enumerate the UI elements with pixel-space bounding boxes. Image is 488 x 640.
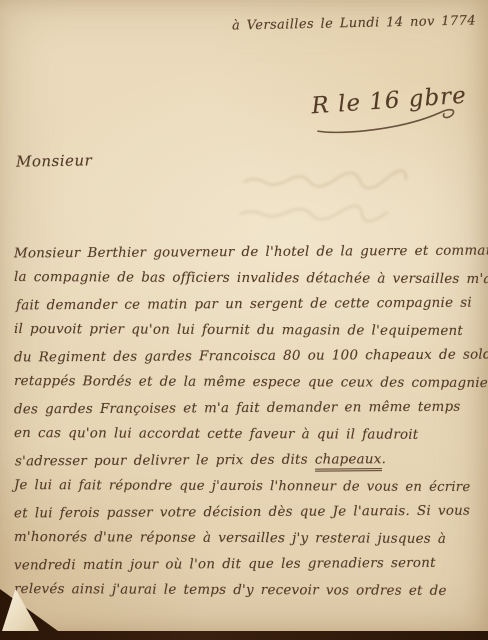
letter-photo: à Versailles le Lundi 14 nov 1774 R le 1…	[0, 0, 488, 640]
body-line-underlined-word: s'adresser pour delivrer le prix des dit…	[15, 447, 480, 476]
ink-bleedthrough	[238, 168, 468, 242]
body-line: relevés ainsi j'aurai le temps d'y recev…	[14, 577, 480, 605]
dateline: à Versailles le Lundi 14 nov 1774	[232, 13, 476, 33]
underlined-word: chapeaux	[315, 452, 382, 471]
body-line: du Regiment des gardes Francoisca 80 ou …	[14, 343, 480, 372]
body-line: et lui ferois passer votre décision dès …	[14, 499, 480, 528]
body-line: Je lui ai fait répondre que j'aurois l'h…	[14, 473, 480, 501]
body-line: retappés Bordés et de la même espece que…	[14, 369, 480, 397]
salutation: Monsieur	[16, 151, 93, 170]
price-line-suffix: .	[382, 452, 387, 467]
docket-note: R le 16 gbre	[311, 83, 469, 138]
body-line: il pouvoit prier qu'on lui fournit du ma…	[14, 317, 480, 345]
letter-paper: à Versailles le Lundi 14 nov 1774 R le 1…	[0, 0, 488, 631]
body-line: la compagnie de bas officiers invalides …	[14, 265, 480, 293]
body-line: en cas qu'on lui accordat cette faveur à…	[14, 421, 480, 449]
body-line: Monsieur Berthier gouverneur de l'hotel …	[14, 239, 480, 268]
body-line: vendredi matin jour où l'on dit que les …	[14, 551, 480, 580]
body-line: m'honorés d'une réponse à versailles j'y…	[14, 525, 480, 553]
body-line: des gardes Françoises et m'a fait demand…	[14, 395, 480, 424]
body-line: fait demander ce matin par un sergent de…	[16, 291, 480, 320]
price-line-prefix: s'adresser pour delivrer le prix des dit…	[15, 453, 315, 470]
letter-body: Monsieur Berthier gouverneur de l'hotel …	[14, 240, 480, 604]
